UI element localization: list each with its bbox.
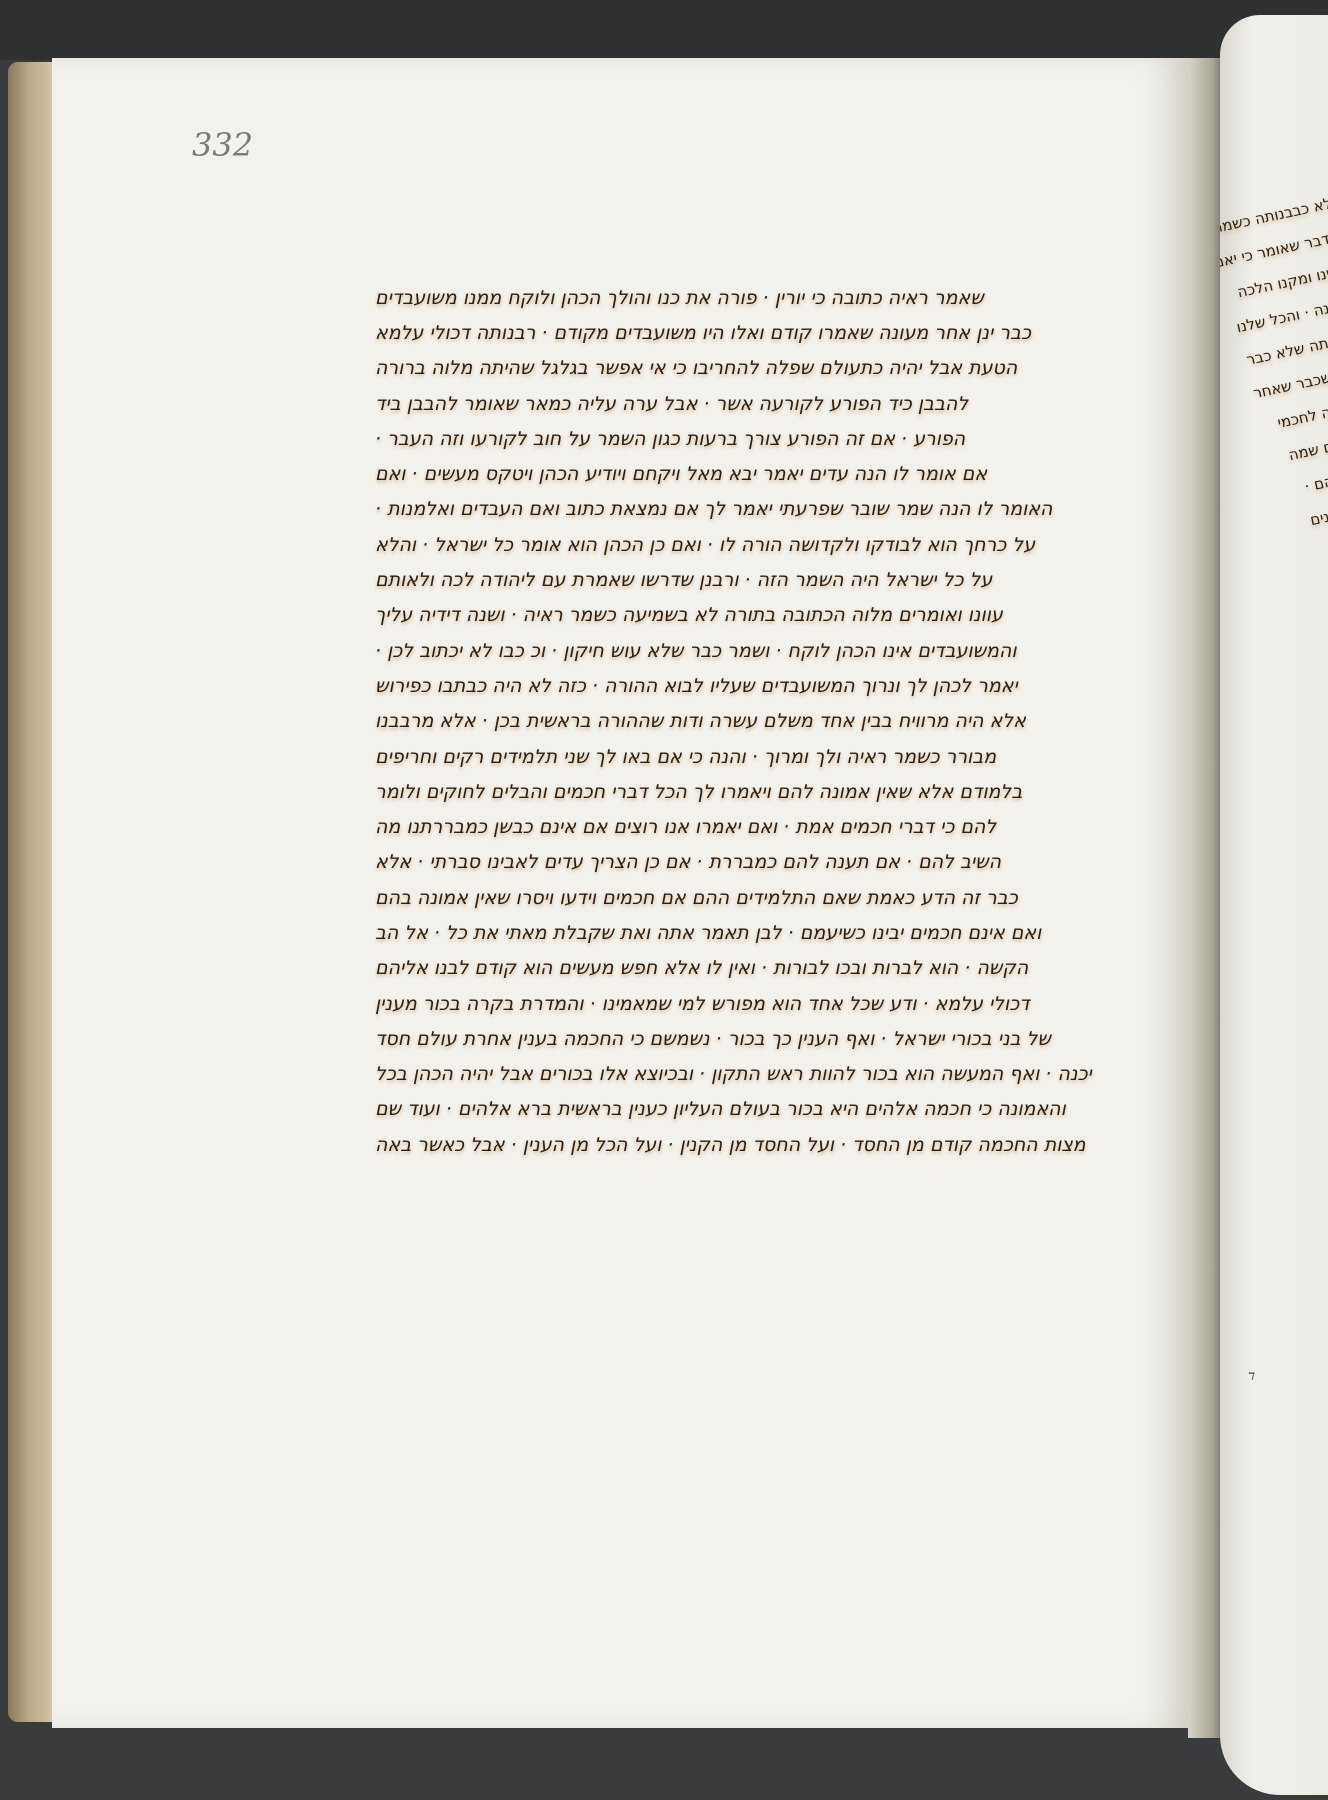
manuscript-line: על כרחך הוא לבודקו ולקדושה הורה לו · ואם… bbox=[375, 527, 1115, 562]
manuscript-text-block: שאמר ראיה כתובה כי יורין · פורה את כנו ו… bbox=[375, 280, 1115, 1162]
manuscript-line: אלא היה מרוויח בבין אחד משלם עשרה ודות ש… bbox=[375, 704, 1115, 739]
page-number: 332 bbox=[192, 126, 253, 164]
manuscript-line: בלמודם אלא שאין אמונה להם ויאמרו לך הכל … bbox=[375, 774, 1115, 809]
manuscript-line: של בני בכורי ישראל · ואף הענין כך בכור ·… bbox=[375, 1021, 1115, 1056]
manuscript-line: והמשועבדים אינו הכהן לוקח · ושמר כבר שלא… bbox=[375, 633, 1115, 668]
manuscript-line: האומר לו הנה שמר שובר שפרעתי יאמר לך אם … bbox=[375, 492, 1115, 527]
facing-page-footer: ד bbox=[1248, 1368, 1255, 1385]
manuscript-line: מבורר כשמר ראיה ולך ומרוך · והנה כי אם ב… bbox=[375, 739, 1115, 774]
manuscript-line: להם כי דברי חכמים אמת · ואם יאמרו אנו רו… bbox=[375, 809, 1115, 844]
manuscript-line: כבר זה הדע כאמת שאם התלמידים ההם אם חכמי… bbox=[375, 880, 1115, 915]
manuscript-line: השיב להם · אם תענה להם כמבררת · אם כן הצ… bbox=[375, 845, 1115, 880]
manuscript-line: עוונו ואומרים מלוה הכתובה בתורה לא בשמיע… bbox=[375, 598, 1115, 633]
manuscript-line: יכנה · ואף המעשה הוא בכור להוות ראש התקו… bbox=[375, 1057, 1115, 1092]
scanner-background bbox=[0, 0, 1328, 60]
manuscript-line: הקשה · הוא לברות ובכו לבורות · ואין לו א… bbox=[375, 951, 1115, 986]
manuscript-line: ואם אינם חכמים יבינו כשיעמם · לבן תאמר א… bbox=[375, 915, 1115, 950]
manuscript-line: הפורע · אם זה הפורע צורך ברעות כגון השמר… bbox=[375, 421, 1115, 456]
manuscript-line: כבר ינן אחר מעונה שאמרו קודם ואלו היו מש… bbox=[375, 315, 1115, 350]
manuscript-line: הטעת אבל יהיה כתעולם שפלה להחריבו כי אי … bbox=[375, 351, 1115, 386]
manuscript-line: שאמר ראיה כתובה כי יורין · פורה את כנו ו… bbox=[375, 280, 1115, 315]
manuscript-line: והאמונה כי חכמה אלהים היא בכור בעולם העל… bbox=[375, 1092, 1115, 1127]
manuscript-line: אם אומר לו הנה עדים יאמר יבא מאל ויקחם ו… bbox=[375, 456, 1115, 491]
facing-page-text: לא כבבנותה כשמר חובהדבר שאומר כי יאמרעשנ… bbox=[1232, 194, 1328, 547]
manuscript-line: על כל ישראל היה השמר הזה · ורבנן שדרשו ש… bbox=[375, 562, 1115, 597]
book-gutter bbox=[1188, 58, 1224, 1738]
manuscript-line: מצות החכמה קודם מן החסד · ועל החסד מן הק… bbox=[375, 1127, 1115, 1162]
manuscript-line: להבבן כיד הפורע לקורעה אשר · אבל ערה עלי… bbox=[375, 386, 1115, 421]
manuscript-line: יאמר לכהן לך ונרוך המשועבדים שעליו לבוא … bbox=[375, 668, 1115, 703]
facing-page: לא כבבנותה כשמר חובהדבר שאומר כי יאמרעשנ… bbox=[1220, 15, 1328, 1795]
book-fore-edge bbox=[8, 62, 58, 1722]
manuscript-line: דכולי עלמא · ודע שכל אחד הוא מפורש למי ש… bbox=[375, 986, 1115, 1021]
